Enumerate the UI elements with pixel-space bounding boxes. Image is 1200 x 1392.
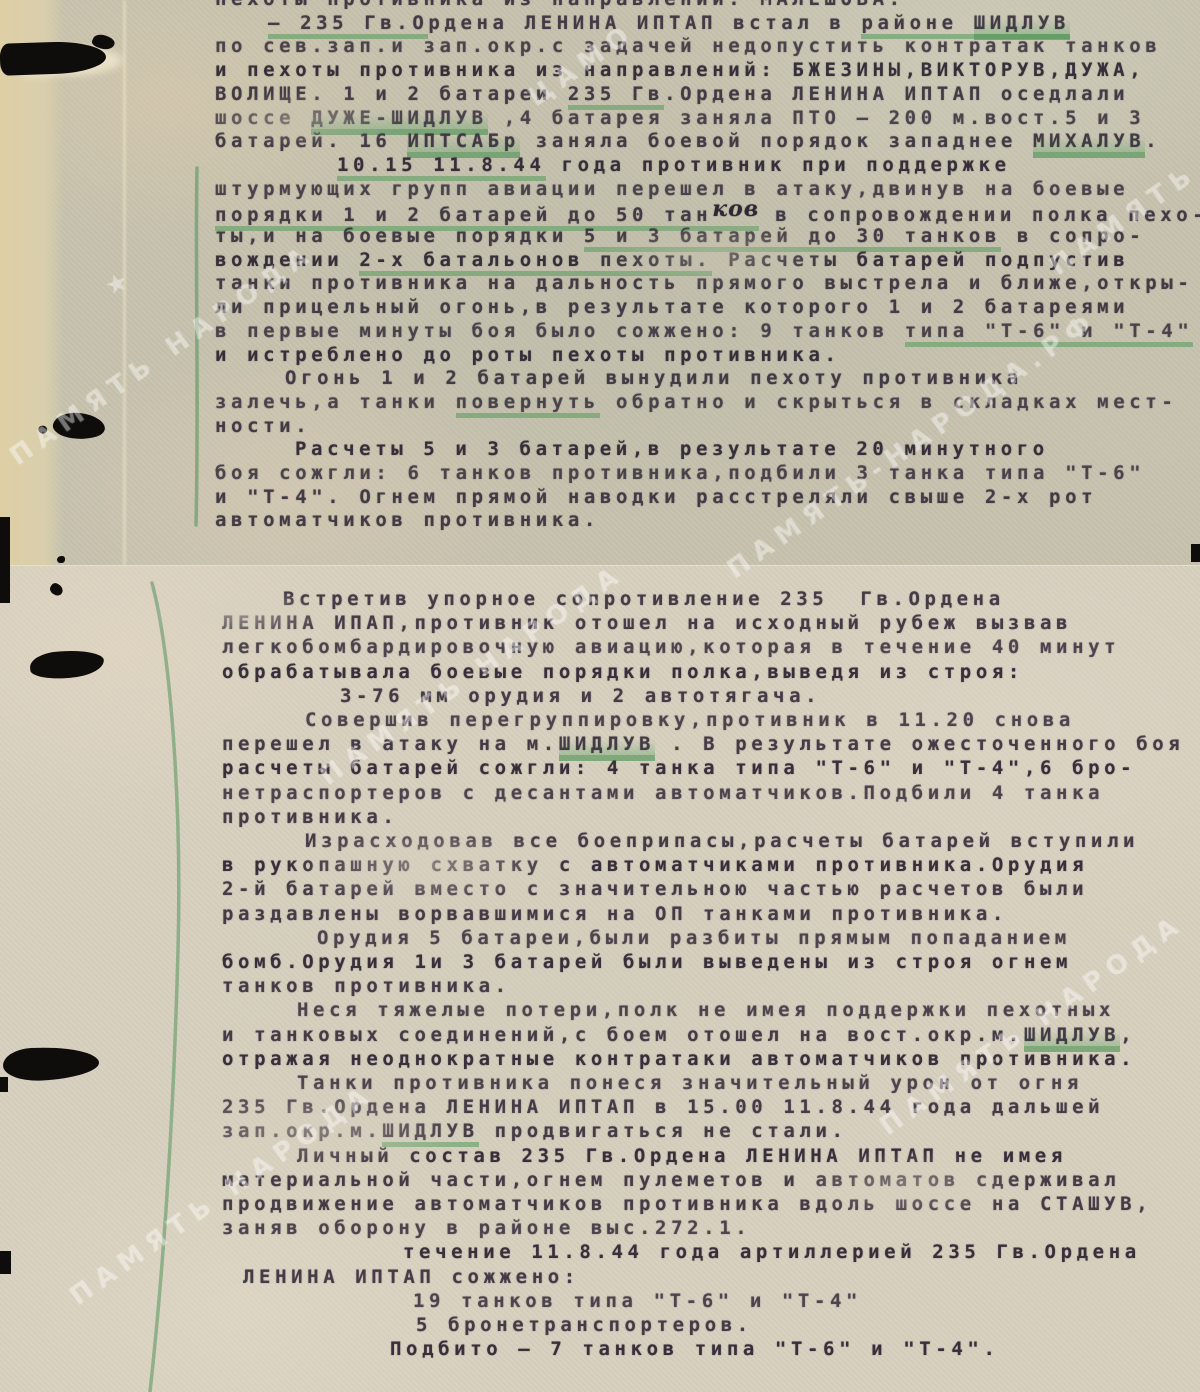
text-line: ли прицельный огонь,в результате которог…	[215, 296, 1129, 319]
text-line: Неся тяжелые потери,полк не имея поддерж…	[297, 999, 1115, 1022]
text-line: батарей. 16 ИПТСАБр заняла боевой порядо…	[215, 130, 1161, 153]
text-line: 2-й батарей вместо с значительною частью…	[222, 878, 1088, 901]
text-line: шоссе ДУЖЕ-ШИДЛУВ ,4 батарея заняла ПТО …	[215, 107, 1145, 130]
text-line: легкобомбардировочную авиацию,которая в …	[222, 636, 1120, 659]
text-line: бомб.Орудия 1и 3 батарей были выведены и…	[222, 951, 1072, 974]
text-line: Совершив перегруппировку,противник в 11.…	[305, 709, 1075, 732]
text-line: залечь,а танки повернуть обратно и скрыт…	[215, 391, 1177, 414]
scanned-document: пехоты противника из направлений: МАЛЕШО…	[0, 0, 1200, 1392]
text-line: штурмующих групп авиации перешел в атаку…	[215, 178, 1129, 201]
text-line: Личный состав 235 Гв.Ордена ЛЕНИНА ИПТАП…	[297, 1145, 1067, 1168]
text-line: Орудия 5 батареи,были разбиты прямым поп…	[317, 927, 1071, 950]
text-line: 3-76 мм орудия и 2 автотягача.	[340, 685, 821, 708]
handwritten-correction: ков	[712, 196, 759, 222]
text-line: Расчеты 5 и 3 батарей,в результате 20 ми…	[295, 438, 1049, 461]
text-line: отражая неоднократные контратаки автомат…	[222, 1048, 1136, 1071]
text-line: танки противника на дальность прямого вы…	[215, 272, 1193, 295]
text-line: и танковых соединений,с боем отошел на в…	[222, 1024, 1136, 1047]
text-line: перешел в атаку на м.ШИДЛУВ . В результа…	[222, 733, 1184, 756]
text-line: ЛЕНИНА ИПАП,противник отошел на исходный…	[222, 612, 1072, 635]
text-line: Подбито – 7 танков типа "Т-6" и "Т-4".	[390, 1338, 999, 1361]
text-line: Израсходовав все боеприпасы,расчеты бата…	[305, 830, 1139, 853]
text-line: 19 танков типа "Т-6" и "Т-4"	[413, 1290, 862, 1313]
text-line: ВОЛИЩЕ. 1 и 2 батареи 235 Гв.Ордена ЛЕНИ…	[215, 83, 1129, 106]
text-line: ЛЕНИНА ИПТАП сожжено:	[243, 1266, 580, 1289]
page-scan-2: Встретив упорное сопротивление 235 Гв.Ор…	[0, 565, 1200, 1392]
text-line: и пехоты противника из направлений: БЖЕЗ…	[215, 59, 1145, 82]
text-line: в рукопашную схватку с автоматчиками про…	[222, 854, 1088, 877]
text-line: 235 Гв.Ордена ЛЕНИНА ИПТАП в 15.00 11.8.…	[222, 1096, 1104, 1119]
text-line: расчеты батарей сожгли: 4 танка типа "Т-…	[222, 757, 1136, 780]
edge-shadow-bar	[0, 1251, 11, 1274]
text-line: зап.окр.м.ШИДЛУВ продвигаться не стали.	[222, 1120, 848, 1143]
text-line: заняв оборону в районе выс.272.1.	[222, 1217, 751, 1240]
edge-shadow-bar	[1191, 544, 1200, 562]
text-line: Огонь 1 и 2 батарей вынудили пехоту прот…	[285, 367, 1023, 390]
text-line: в первые минуты боя было сожжено: 9 танк…	[215, 320, 1193, 343]
text-line: 5 бронетранспортеров.	[416, 1314, 753, 1337]
text-line: пехоты противника из направлений: МАЛЕШО…	[215, 0, 905, 11]
text-line: – 235 Гв.Ордена ЛЕНИНА ИПТАП встал в рай…	[268, 12, 1070, 35]
text-line: автоматчиков противника.	[215, 509, 600, 532]
text-line: вождении 2-х батальонов пехоты. Расчеты …	[215, 249, 1129, 272]
text-line: течение 11.8.44 года артиллерией 235 Гв.…	[403, 1241, 1141, 1264]
text-line: Встретив упорное сопротивление 235 Гв.Ор…	[283, 588, 1005, 611]
text-line: танков противника.	[222, 975, 511, 998]
text-line: Танки противника понеся значительный уро…	[297, 1072, 1083, 1095]
green-pencil-underline: типа "Т-6" и "Т-4"	[905, 320, 1194, 347]
edge-shadow-bar	[0, 1077, 8, 1092]
green-pencil-highlight: МИХАЛУВ	[1033, 130, 1145, 158]
page1-text-block: пехоты противника из направлений: МАЛЕШО…	[0, 0, 1200, 565]
text-line: материальной части,огнем пулеметов и авт…	[222, 1169, 1120, 1192]
text-line: продвижение автоматчиков противника вдол…	[222, 1193, 1152, 1216]
text-line: противника.	[222, 806, 398, 829]
ink-speck	[57, 556, 65, 563]
page2-text-block: Встретив упорное сопротивление 235 Гв.Ор…	[0, 566, 1200, 1392]
text-line: раздавлены ворвавшимися на ОП танками пр…	[222, 903, 1008, 926]
edge-shadow-bar	[0, 517, 10, 603]
text-line: нетраспортеров с десантами автоматчиков.…	[222, 782, 1104, 805]
text-line: боя сожгли: 6 танков противника,подбили …	[215, 462, 1145, 485]
text-line: ты,и на боевые порядки 5 и 3 батарей до …	[215, 225, 1145, 248]
text-line: ности.	[215, 415, 311, 438]
text-line: обрабатывала боевые порядки полка,выведя…	[222, 661, 1024, 684]
page-scan-1: пехоты противника из направлений: МАЛЕШО…	[0, 0, 1200, 565]
text-line: 10.15 11.8.44 года противник при поддерж…	[337, 154, 1011, 177]
text-line: и "Т-4". Огнем прямой наводки расстрелял…	[215, 486, 1097, 509]
green-pencil-underline: ШИДЛУВ	[382, 1120, 478, 1147]
text-line: и истреблено до роты пехоты противника.	[215, 344, 841, 367]
green-pencil-underline: повернуть	[456, 391, 600, 418]
text-line: по сев.зап.и зап.окр.с задачей недопусти…	[215, 35, 1161, 58]
text-line: порядки 1 и 2 батарей до 50 танков в соп…	[215, 201, 1200, 227]
